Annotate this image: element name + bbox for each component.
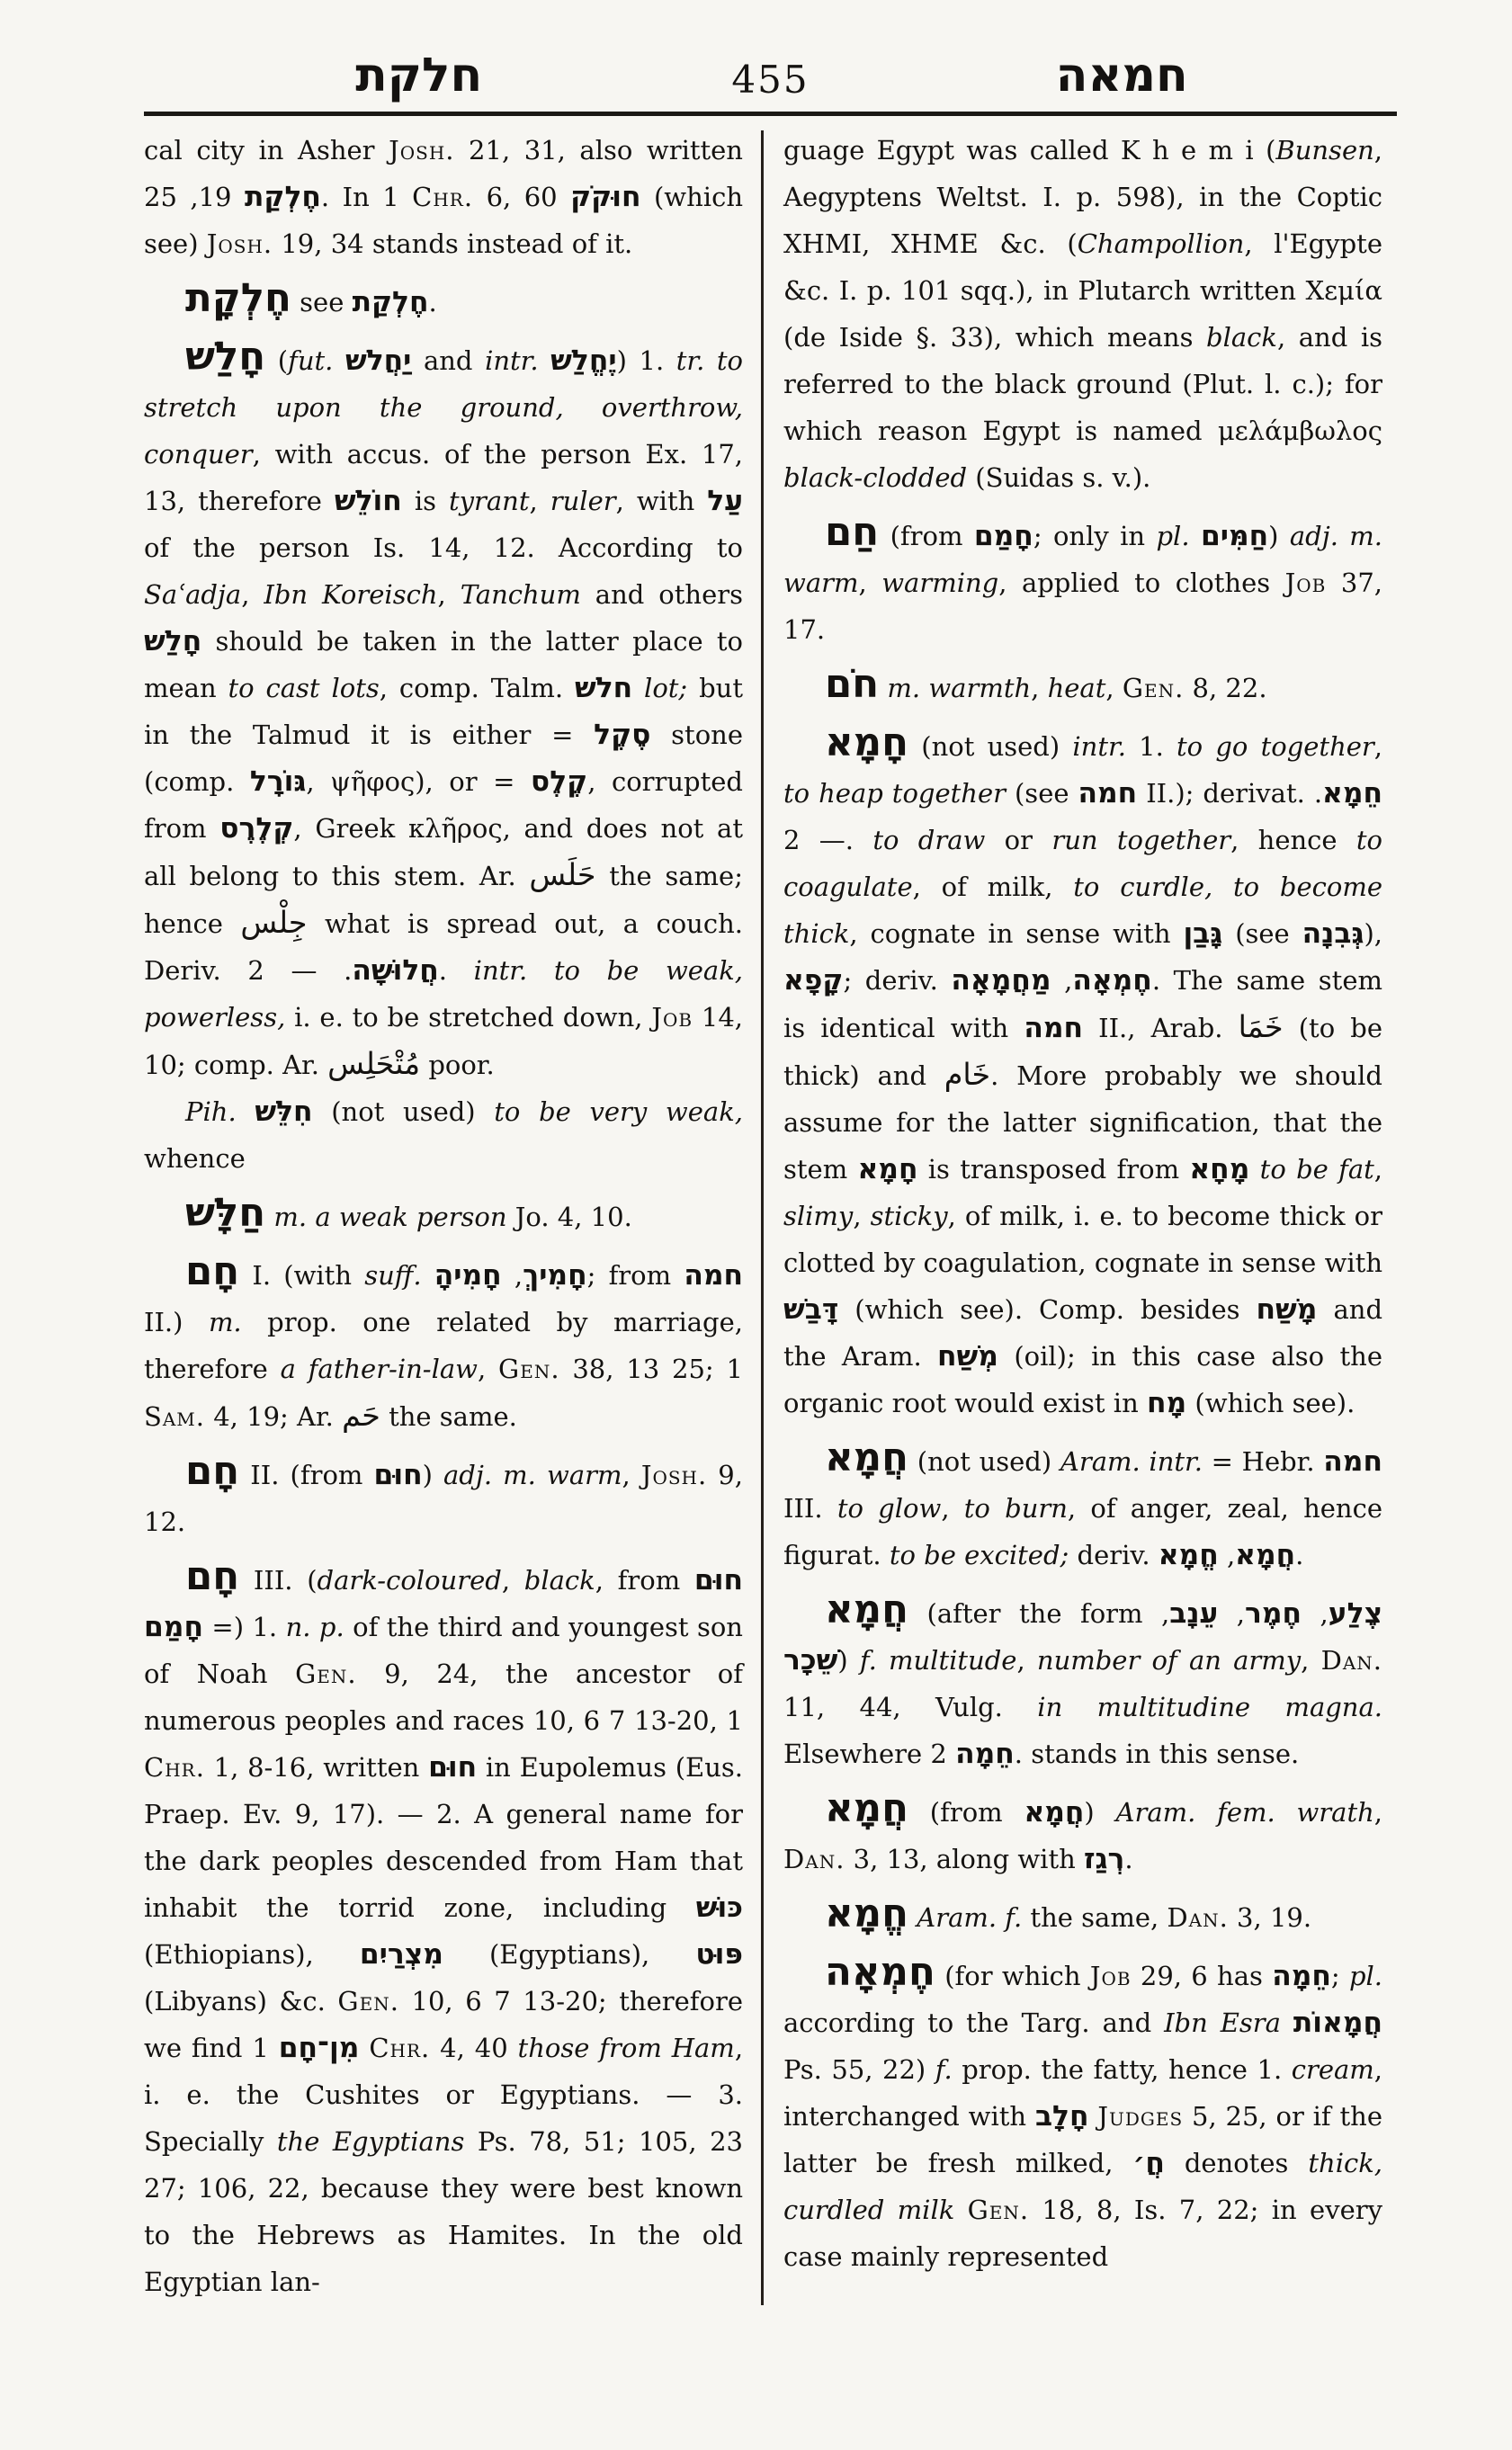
hebrew-text: רְגַז [1084,1843,1124,1875]
right-column: guage Egypt was called K h e m i (Bunsen… [764,127,1382,2305]
hebrew-text: גּוֹרָל [250,765,307,798]
hebrew-text: חֲמָא [825,1786,908,1831]
arabic-text: حَلَس [529,857,595,892]
hebrew-text: קְלֶרֶס [219,812,293,845]
hebrew-text: חָמַם [144,1611,203,1643]
hebrew-text: דָּבַשׁ [783,1293,838,1326]
hebrew-text: חַם [825,510,879,555]
hebrew-text: חָמַם [974,520,1033,552]
hebrew-text: חֹם [825,662,879,707]
hebrew-text: חֵמָה [1272,1960,1331,1992]
hebrew-text: גְּבִנָה [1302,917,1364,950]
hebrew-text: כּוּשׁ [696,1891,743,1924]
page-header: חלקת 455 חמאה [144,52,1397,116]
hebrew-text: חָמָא [825,720,908,765]
hebrew-text: חֵמָה [955,1738,1015,1770]
hebrew-text: חָלָב [1035,2100,1089,2133]
header-left-zone: חלקת [144,52,694,99]
page-number: 455 [722,58,818,102]
hebrew-text: חַלָּשׁ [185,1191,265,1236]
entry-chelqath: חֶלְקָת see חֶלְקַת. [144,275,743,326]
hebrew-text: חָם [185,1249,239,1294]
hebrew-text: חֲמָא [1024,1796,1084,1829]
greek-text: ψῆφος [330,766,415,797]
hebrew-text: מַחֲמָאָה [951,964,1051,997]
arabic-text: خَام [944,1057,990,1092]
hebrew-text: גָּבַן [1183,917,1222,950]
hebrew-text: חֶמְאָה [825,1950,935,1995]
hebrew-text: שֵׁכָר [783,1644,837,1677]
header-center-zone: 455 [694,61,847,99]
hebrew-text: מָשַׁח [1257,1293,1318,1326]
hebrew-text: עֵנָב [1169,1597,1218,1630]
entry-cham-II: חָם II. (from חוּם) adj. m. warm, Josh. … [144,1448,743,1545]
hebrew-text: חֲמָאוֹת [1293,2007,1382,2039]
header-left-keyword: חלקת [355,49,482,103]
hebrew-text: חמה [1323,1445,1382,1478]
entry-chama-wrath: חֲמָא (from חֲמָא) Aram. fem. wrath, Dan… [783,1785,1382,1882]
hebrew-text: חֶלְקַת [353,286,429,318]
arabic-text: حَم [342,1398,380,1433]
hebrew-text: חָמִיךְ [523,1259,586,1292]
hebrew-text: יֶחֱלַשׁ [550,344,616,377]
greek-text: Χεμία [1306,275,1382,306]
entry-cham-I: חָם I. (with suff. חָמִיךְ, חָמִיהָ; fro… [144,1248,743,1440]
hebrew-text: מִן־חָם [279,2032,360,2064]
header-right-zone: חמאה [847,52,1398,99]
hebrew-text: חמה [684,1259,743,1292]
hebrew-text: חָם [185,1449,239,1494]
hebrew-text: חמה [1078,777,1138,809]
hebrew-text: חִלֵּשׁ [255,1095,312,1128]
hebrew-text: חָלַשׁ [144,625,201,657]
hebrew-text: מָחָא [1189,1153,1249,1185]
text-columns: cal city in Asher Josh. 21, 31, also wri… [144,127,1397,2305]
hebrew-text: חָמָא [858,1153,918,1185]
hebrew-text: חֲמָא [1235,1539,1295,1571]
col2-continuation: guage Egypt was called K h e m i (Bunsen… [783,127,1382,501]
paragraph-pih: Pih. חִלֵּשׁ (not used) to be very weak,… [144,1088,743,1182]
hebrew-text: חֲמָא [825,1587,908,1632]
entry-chalash: חָלַשׁ (fut. יַחֲלשׁ and intr. יֶחֱלַשׁ)… [144,334,743,1088]
hebrew-text: חֱמָא [1159,1539,1219,1571]
hebrew-text: מִצְרַיִם [360,1938,443,1971]
hebrew-text: חָם [185,1554,239,1599]
entry-chama-aram-verb: חֲמָא (not used) Aram. intr. = Hebr. חמה… [783,1435,1382,1578]
hebrew-text: חֱמָא [825,1891,908,1936]
hebrew-text: מָח [1147,1387,1186,1419]
hebrew-text: חֶלְקָת [185,276,291,321]
hebrew-text: חֵמָא [1322,777,1382,809]
entry-chama-verb: חָמָא (not used) intr. 1. to go together… [783,720,1382,1426]
greek-text: μελάμβωλος [1218,416,1382,446]
hebrew-text: חמה [1024,1012,1083,1044]
entry-cham-warm: חַם (from חָמַם; only in pl. חַמִּים) ad… [783,509,1382,653]
hebrew-text: יַחֲלשׁ [345,344,411,377]
hebrew-text: צֶלַע [1329,1597,1382,1630]
hebrew-text: חוּם [428,1751,477,1784]
hebrew-text: חֲלוּשָׁה [352,954,438,987]
entry-cham-III: חָם III. (dark-coloured, black, from חוּ… [144,1553,743,2305]
hebrew-text: חַמִּים [1201,520,1268,552]
hebrew-text: קָפָא [783,964,843,997]
header-right-keyword: חמאה [1056,49,1188,103]
hebrew-text: קֶלֶס [531,765,587,798]
greek-text: ΧΗΜΙ, ΧΗΜΕ [783,228,979,259]
hebrew-text: חוּם [374,1459,423,1491]
entry-chema-same: חֱמָא Aram. f. the same, Dan. 3, 19. [783,1891,1382,1941]
hebrew-text: חָלַשׁ [185,335,265,380]
entry-chama-multitude: חֲמָא (after the form צֶלַע, חֶמֶר, עֵנָ… [783,1587,1382,1777]
greek-text: κλῆρος [408,813,503,844]
hebrew-text: חֶלְקַת [245,181,321,213]
arabic-text: جِلْس [240,905,307,940]
scanned-dictionary-page: חלקת 455 חמאה cal city in Asher Josh. 21… [0,0,1512,2305]
hebrew-text: חוּקֹק [570,181,640,213]
hebrew-text: מְשַׁח [937,1340,998,1373]
hebrew-text: עַל [707,485,743,517]
hebrew-text: פּוּט [695,1938,743,1971]
hebrew-text: סֶקֶל [594,719,650,751]
hebrew-text: חֲ׳ [1132,2147,1164,2179]
hebrew-text: חוֹלֵשׁ [335,485,402,517]
hebrew-text: חלשׁ [575,672,632,704]
hebrew-text: חֲמָא [825,1435,908,1480]
hebrew-text: חֶמְאָה [1072,964,1151,997]
left-column: cal city in Asher Josh. 21, 31, also wri… [144,127,761,2305]
hebrew-text: חוּם [694,1564,743,1596]
col1-continuation: cal city in Asher Josh. 21, 31, also wri… [144,127,743,267]
arabic-text: مُتْحَلِس [327,1046,420,1081]
entry-challash: חַלָּשׁ m. a weak person Jo. 4, 10. [144,1190,743,1240]
entry-chom: חֹם m. warmth, heat, Gen. 8, 22. [783,661,1382,711]
hebrew-text: חָמִיהָ [434,1259,502,1292]
entry-chemah-cream: חֶמְאָה (for which Job 29, 6 has חֵמָה; … [783,1949,1382,2280]
arabic-text: خَمَا [1239,1009,1284,1044]
hebrew-text: חֶמֶר [1245,1597,1302,1630]
